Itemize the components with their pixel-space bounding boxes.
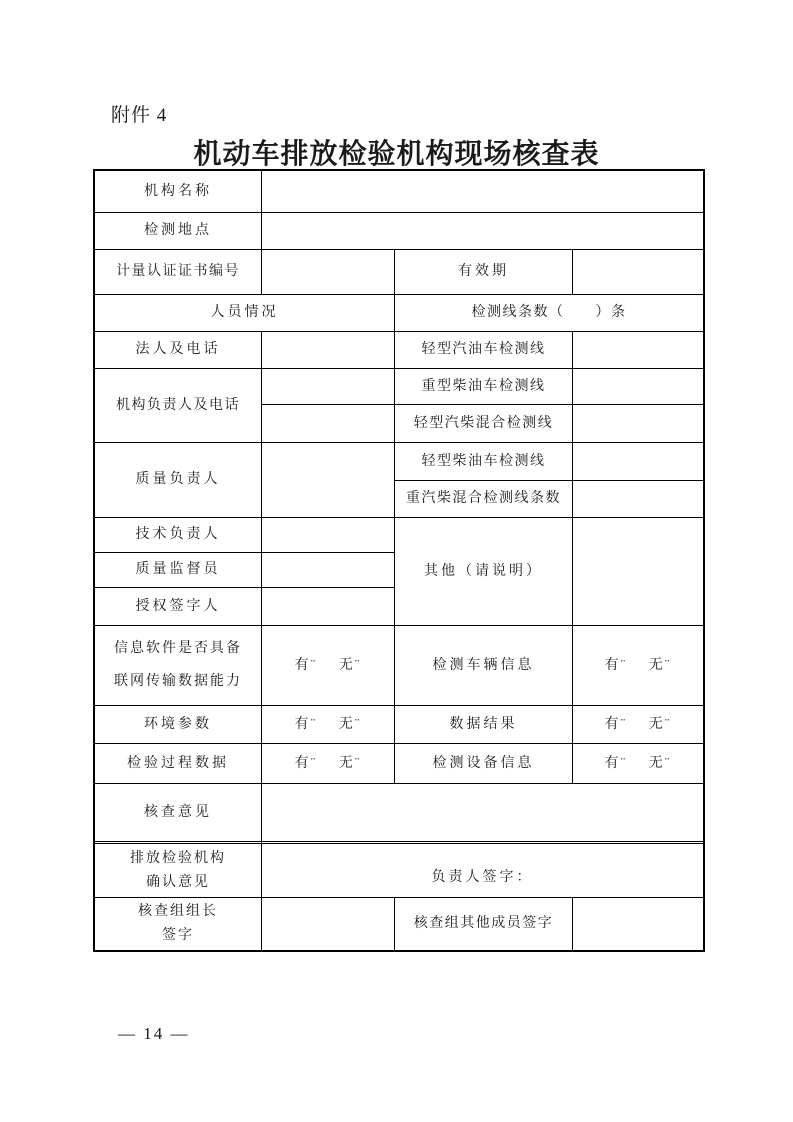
process-data-label: 检验过程数据: [95, 744, 262, 784]
light-mixed-line-value-cell: [573, 405, 703, 443]
vehicle-info-label: 检测车辆信息: [395, 626, 573, 706]
device-info-label: 检测设备信息: [395, 744, 573, 784]
heavy-mixed-lines-value-cell: [573, 481, 703, 518]
review-opinion-value-cell: [262, 784, 703, 844]
env-params-label: 环境参数: [95, 706, 262, 744]
tech-head-value-cell: [262, 518, 395, 553]
team-members-signature-value-cell: [573, 898, 703, 950]
quality-head-value-cell: [262, 443, 395, 518]
light-diesel-line-value-cell: [573, 443, 703, 481]
team-leader-signature-label-text: 核查组组长签字: [138, 900, 218, 948]
other-value-cell: [573, 518, 703, 626]
software-capability-label-text: 信息软件是否具备联网传输数据能力: [114, 633, 242, 697]
agency-confirm-label-text: 排放检验机构确认意见: [130, 847, 226, 895]
quality-supervisor-label: 质量监督员: [95, 553, 262, 588]
lines-count-header: 检测线条数（ ）条: [395, 295, 703, 332]
device-info-yes-no: 有¨ 无¨: [573, 744, 703, 784]
location-label: 检测地点: [95, 213, 262, 250]
org-head-value-cell-1: [262, 369, 395, 405]
env-params-yes-no: 有¨ 无¨: [262, 706, 395, 744]
authorized-signer-value-cell: [262, 588, 395, 626]
document-page: 附件 4 机动车排放检验机构现场核查表 机构名称 检测地点 计量认证证书编号 有…: [0, 0, 793, 1122]
org-name-label: 机构名称: [95, 171, 262, 213]
quality-supervisor-value-cell: [262, 553, 395, 588]
page-number: — 14 —: [118, 1024, 190, 1044]
quality-head-label: 质量负责人: [95, 443, 262, 518]
light-diesel-line-label: 轻型柴油车检测线: [395, 443, 573, 481]
cert-no-label: 计量认证证书编号: [95, 250, 262, 295]
agency-confirm-label: 排放检验机构确认意见: [95, 844, 262, 898]
team-members-signature-label: 核查组其他成员签字: [395, 898, 573, 950]
validity-label: 有效期: [395, 250, 573, 295]
tech-head-label: 技术负责人: [95, 518, 262, 553]
heavy-diesel-line-value-cell: [573, 369, 703, 405]
org-head-value-cell-2: [262, 405, 395, 443]
team-leader-signature-label: 核查组组长签字: [95, 898, 262, 950]
validity-value-cell: [573, 250, 703, 295]
software-capability-yes-no: 有¨ 无¨: [262, 626, 395, 706]
software-capability-label: 信息软件是否具备联网传输数据能力: [95, 626, 262, 706]
org-name-value-cell: [262, 171, 703, 213]
process-data-yes-no: 有¨ 无¨: [262, 744, 395, 784]
light-gasoline-line-label: 轻型汽油车检测线: [395, 332, 573, 369]
review-opinion-label: 核查意见: [95, 784, 262, 844]
authorized-signer-label: 授权签字人: [95, 588, 262, 626]
heavy-diesel-line-label: 重型柴油车检测线: [395, 369, 573, 405]
legal-person-label: 法人及电话: [95, 332, 262, 369]
cert-no-value-cell: [262, 250, 395, 295]
light-mixed-line-label: 轻型汽柴混合检测线: [395, 405, 573, 443]
data-result-label: 数据结果: [395, 706, 573, 744]
light-gasoline-line-value-cell: [573, 332, 703, 369]
attachment-label: 附件 4: [111, 100, 167, 127]
legal-person-value-cell: [262, 332, 395, 369]
heavy-mixed-lines-label: 重汽柴混合检测线条数: [395, 481, 573, 518]
location-value-cell: [262, 213, 703, 250]
other-label: 其他（请说明）: [395, 518, 573, 626]
head-signature-cell: 负责人签字：: [262, 844, 703, 898]
team-leader-signature-value-cell: [262, 898, 395, 950]
personnel-header: 人员情况: [95, 295, 395, 332]
page-title: 机动车排放检验机构现场核查表: [0, 132, 793, 172]
data-result-yes-no: 有¨ 无¨: [573, 706, 703, 744]
vehicle-info-yes-no: 有¨ 无¨: [573, 626, 703, 706]
inspection-table: 机构名称 检测地点 计量认证证书编号 有效期 人员情况 检测线条数（ ）条 法人…: [93, 169, 705, 952]
org-head-label: 机构负责人及电话: [95, 369, 262, 443]
